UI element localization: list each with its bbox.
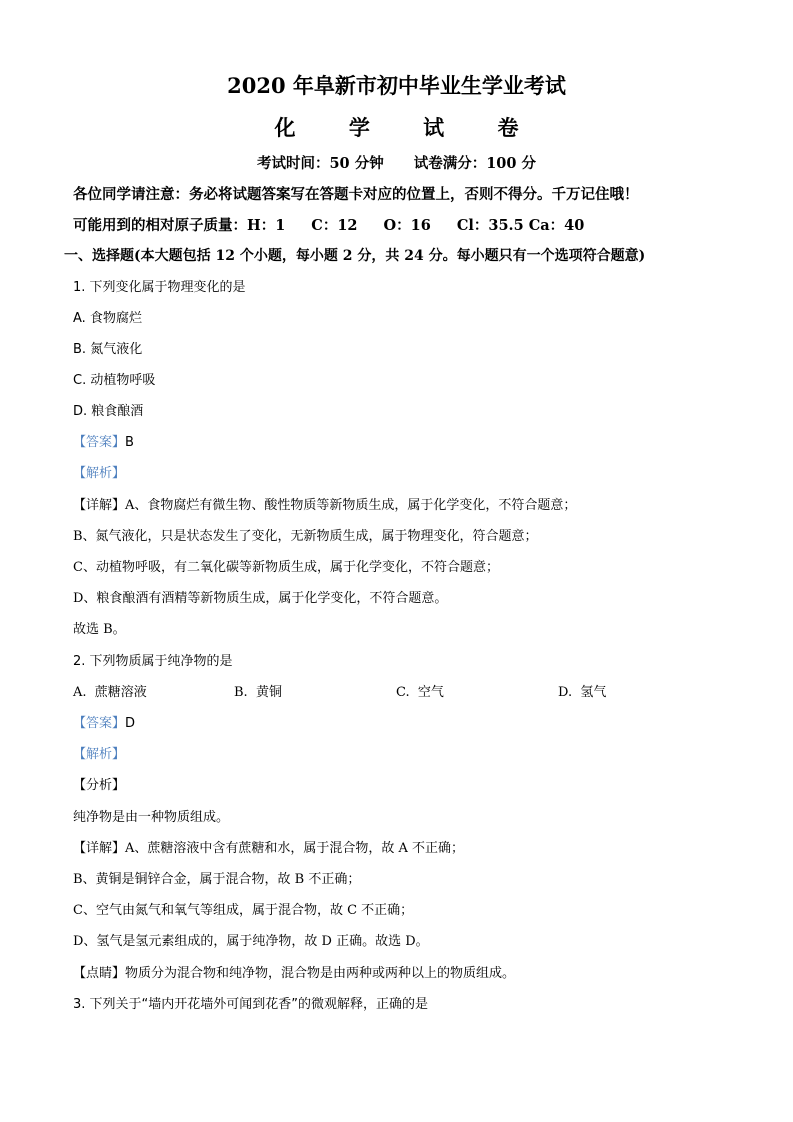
question-2-detail-line: C、空气由氮气和氧气等组成，属于混合物，故 C 不正确；	[73, 899, 413, 918]
exam-meta: 考试时间：50 分钟试卷满分：100 分	[0, 152, 793, 173]
atomic-mass-c: C：12	[311, 217, 357, 234]
question-2-detail-line: 【详解】A、蔗糖溶液中含有蔗糖和水，属于混合物，故 A 不正确；	[73, 837, 464, 856]
question-2-analysis-label: 【解析】	[73, 743, 125, 762]
question-stem-text: 下列关于“墙内开花墙外可闻到花香”的微观解释，正确的是	[90, 997, 428, 1012]
detail-label: 【详解】	[73, 498, 125, 513]
question-1-answer: 【答案】B	[73, 431, 134, 450]
question-2-answer: 【答案】D	[73, 712, 135, 731]
question-1-conclusion: 故选 B。	[73, 618, 126, 637]
exam-notice: 各位同学请注意：务必将试题答案写在答题卡对应的位置上，否则不得分。千万记住哦！	[73, 183, 639, 204]
question-1-option-d: D. 粮食酿酒	[73, 400, 143, 419]
question-1-detail-line: C、动植物呼吸，有二氧化碳等新物质生成，属于化学变化，不符合题意；	[73, 556, 499, 575]
question-1-detail-line: D、粮食酿酒有酒精等新物质生成，属于化学变化，不符合题意。	[73, 587, 447, 606]
answer-value: B	[125, 435, 134, 450]
question-1-stem: 1. 下列变化属于物理变化的是	[73, 276, 246, 295]
atomic-mass-h: H：1	[247, 217, 285, 234]
question-number: 3.	[73, 997, 85, 1012]
question-1-option-c: C. 动植物呼吸	[73, 369, 155, 388]
question-2-highlight: 【点睛】物质分为混合物和纯净物，混合物是由两种或两种以上的物质组成。	[73, 962, 515, 981]
option-a: A. 蔗糖溶液	[73, 681, 147, 700]
question-1-detail-line: B、氮气液化，只是状态发生了变化，无新物质生成，属于物理变化，符合题意；	[73, 525, 538, 544]
question-1-analysis-label: 【解析】	[73, 462, 125, 481]
exam-title: 2020 年阜新市初中毕业生学业考试	[0, 70, 793, 100]
highlight-label: 【点睛】	[73, 966, 125, 981]
exam-subtitle: 化 学 试 卷	[0, 112, 793, 142]
question-stem-text: 下列物质属于纯净物的是	[90, 654, 233, 669]
atomic-mass-cl-ca: Cl：35.5 Ca：40	[457, 217, 585, 234]
question-1-option-a: A. 食物腐烂	[73, 307, 142, 326]
atomic-masses: 可能用到的相对原子质量：H：1C：12O：16Cl：35.5 Ca：40	[73, 214, 584, 235]
question-stem-text: 下列变化属于物理变化的是	[90, 280, 246, 295]
question-2-breakdown-label: 【分析】	[73, 774, 125, 793]
question-1-option-b: B. 氮气液化	[73, 338, 142, 357]
question-2-breakdown-text: 纯净物是由一种物质组成。	[73, 806, 229, 825]
subtitle-char: 学	[349, 112, 370, 142]
exam-full-score: 试卷满分：100 分	[414, 155, 536, 172]
answer-label: 【答案】	[73, 716, 125, 731]
option-b: B. 黄铜	[234, 681, 282, 700]
section-title: 一、选择题(本大题包括 12 个小题，每小题 2 分，共 24 分。每小题只有一…	[64, 245, 645, 265]
detail-label: 【详解】	[73, 841, 125, 856]
atomic-mass-o: O：16	[384, 217, 431, 234]
option-d: D. 氢气	[558, 681, 606, 700]
atomic-masses-label: 可能用到的相对原子质量：	[73, 217, 247, 234]
subtitle-char: 试	[423, 112, 444, 142]
subtitle-char: 卷	[497, 112, 518, 142]
exam-page: 2020 年阜新市初中毕业生学业考试 化 学 试 卷 考试时间：50 分钟试卷满…	[0, 0, 793, 1122]
exam-time: 考试时间：50 分钟	[257, 155, 384, 172]
question-number: 1.	[73, 280, 85, 295]
question-number: 2.	[73, 654, 85, 669]
question-2-detail-line: B、黄铜是铜锌合金，属于混合物，故 B 不正确；	[73, 868, 360, 887]
answer-value: D	[125, 716, 135, 731]
question-2-stem: 2. 下列物质属于纯净物的是	[73, 650, 233, 669]
question-2-detail-line: D、氢气是氢元素组成的，属于纯净物，故 D 正确。故选 D。	[73, 930, 429, 949]
option-c: C. 空气	[396, 681, 444, 700]
question-1-detail-line: 【详解】A、食物腐烂有微生物、酸性物质等新物质生成，属于化学变化，不符合题意；	[73, 494, 576, 513]
question-3-stem: 3. 下列关于“墙内开花墙外可闻到花香”的微观解释，正确的是	[73, 993, 428, 1012]
subtitle-char: 化	[275, 112, 296, 142]
answer-label: 【答案】	[73, 435, 125, 450]
